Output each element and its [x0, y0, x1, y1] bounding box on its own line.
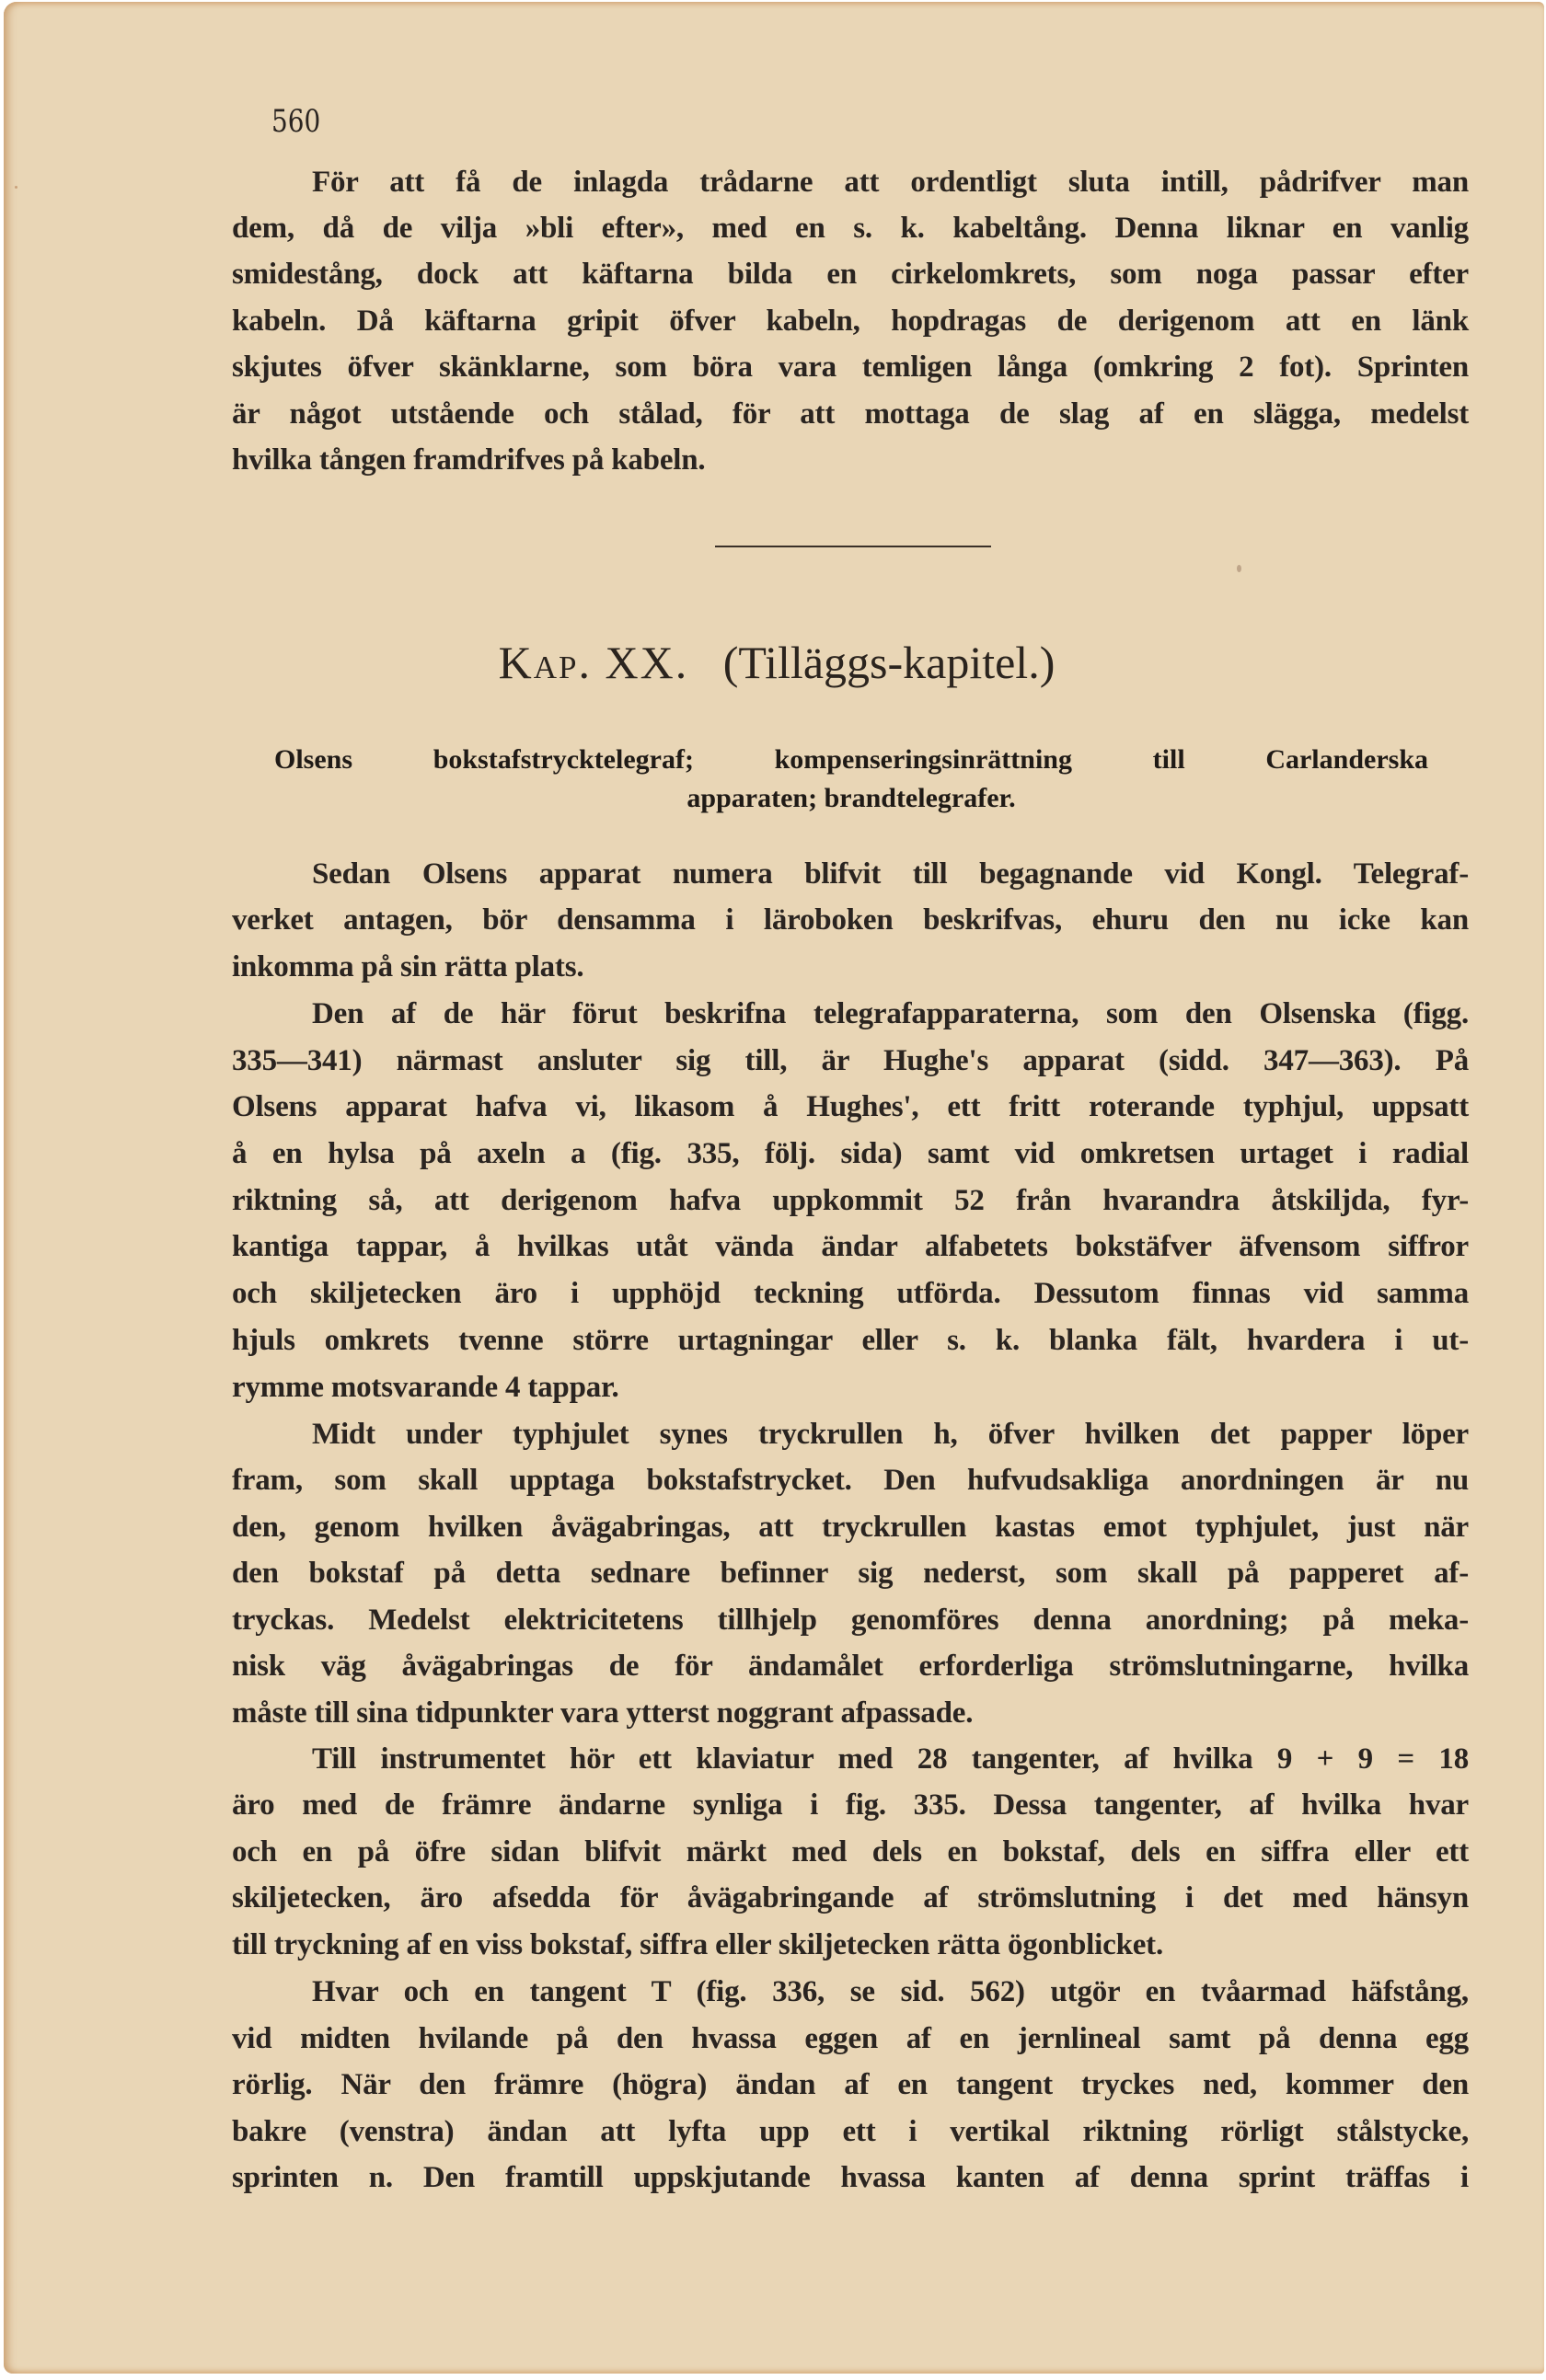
subheading-line: apparaten; brandtelegrafer.	[274, 782, 1428, 815]
text-line: riktning så, att derigenom hafva uppkomm…	[232, 1182, 1469, 1219]
text-line: Sedan Olsens apparat numera blifvit till…	[312, 856, 1469, 892]
text-line: och skiljetecken äro i upphöjd teckning …	[232, 1275, 1469, 1312]
text-line: dem, då de vilja »bli efter», med en s. …	[232, 210, 1469, 247]
text-line: Hvar och en tangent T (fig. 336, se sid.…	[312, 1973, 1469, 2010]
text-line: 335—341) närmast ansluter sig till, är H…	[232, 1042, 1469, 1079]
page-number: 560	[271, 103, 320, 140]
text-line: Till instrumentet hör ett klaviatur med …	[312, 1741, 1469, 1777]
text-line: inkomma på sin rätta plats.	[232, 949, 1469, 985]
text-line: den bokstaf på detta sednare befinner si…	[232, 1555, 1469, 1592]
text-line: den, genom hvilken åvägabringas, att try…	[232, 1509, 1469, 1546]
text-line: och en på öfre sidan blifvit märkt med d…	[232, 1834, 1469, 1870]
text-line: sprinten n. Den framtill uppskjutande hv…	[232, 2159, 1469, 2196]
text-line: kabeln. Då käftarna gripit öfver kabeln,…	[232, 303, 1469, 339]
text-line: nisk väg åvägabringas de för ändamålet e…	[232, 1648, 1469, 1684]
text-line: verket antagen, bör densamma i läroboken…	[232, 902, 1469, 938]
text-line: hvilka tången framdrifves på kabeln.	[232, 442, 1469, 478]
text-line: å en hylsa på axeln a (fig. 335, följ. s…	[232, 1135, 1469, 1172]
text-line: kantiga tappar, å hvilkas utåt vända änd…	[232, 1228, 1469, 1265]
text-line: Den af de här förut beskrifna telegrafap…	[312, 995, 1469, 1032]
text-line: rörlig. När den främre (högra) ändan af …	[232, 2066, 1469, 2103]
text-line: är något utstående och stålad, för att m…	[232, 396, 1469, 432]
chapter-title: (Tilläggs-kapitel.)	[723, 637, 1056, 688]
chapter-heading: Kap. XX. (Tilläggs-kapitel.)	[4, 637, 1546, 688]
section-divider	[715, 546, 991, 547]
chapter-number: Kap. XX.	[499, 637, 689, 688]
text-line: skiljetecken, äro afsedda för åvägabring…	[232, 1880, 1469, 1916]
text-line: fram, som skall upptaga bokstafstrycket.…	[232, 1462, 1469, 1499]
text-line: Midt under typhjulet synes tryckrullen h…	[312, 1416, 1469, 1453]
paper-speck	[1237, 565, 1241, 572]
text-line: bakre (venstra) ändan att lyfta upp ett …	[232, 2113, 1469, 2150]
text-line: smidestång, dock att käftarna bilda en c…	[232, 256, 1469, 293]
text-line: tryckas. Medelst elektricitetens tillhje…	[232, 1602, 1469, 1638]
subheading-line: Olsens bokstafstrycktelegraf; kompenseri…	[274, 743, 1428, 776]
text-line: hjuls omkrets tvenne större urtagningar …	[232, 1322, 1469, 1359]
text-line: måste till sina tidpunkter vara ytterst …	[232, 1695, 1469, 1731]
text-line: till tryckning af en viss bokstaf, siffr…	[232, 1926, 1469, 1963]
text-line: skjutes öfver skänklarne, som böra vara …	[232, 349, 1469, 385]
book-page: 560 För att få de inlagda trådarne att o…	[4, 2, 1544, 2374]
text-line: För att få de inlagda trådarne att orden…	[312, 164, 1469, 201]
paper-speck	[15, 186, 17, 189]
text-line: vid midten hvilande på den hvassa eggen …	[232, 2020, 1469, 2057]
text-line: äro med de främre ändarne synliga i fig.…	[232, 1787, 1469, 1823]
text-line: rymme motsvarande 4 tappar.	[232, 1369, 1469, 1406]
text-line: Olsens apparat hafva vi, likasom å Hughe…	[232, 1088, 1469, 1125]
